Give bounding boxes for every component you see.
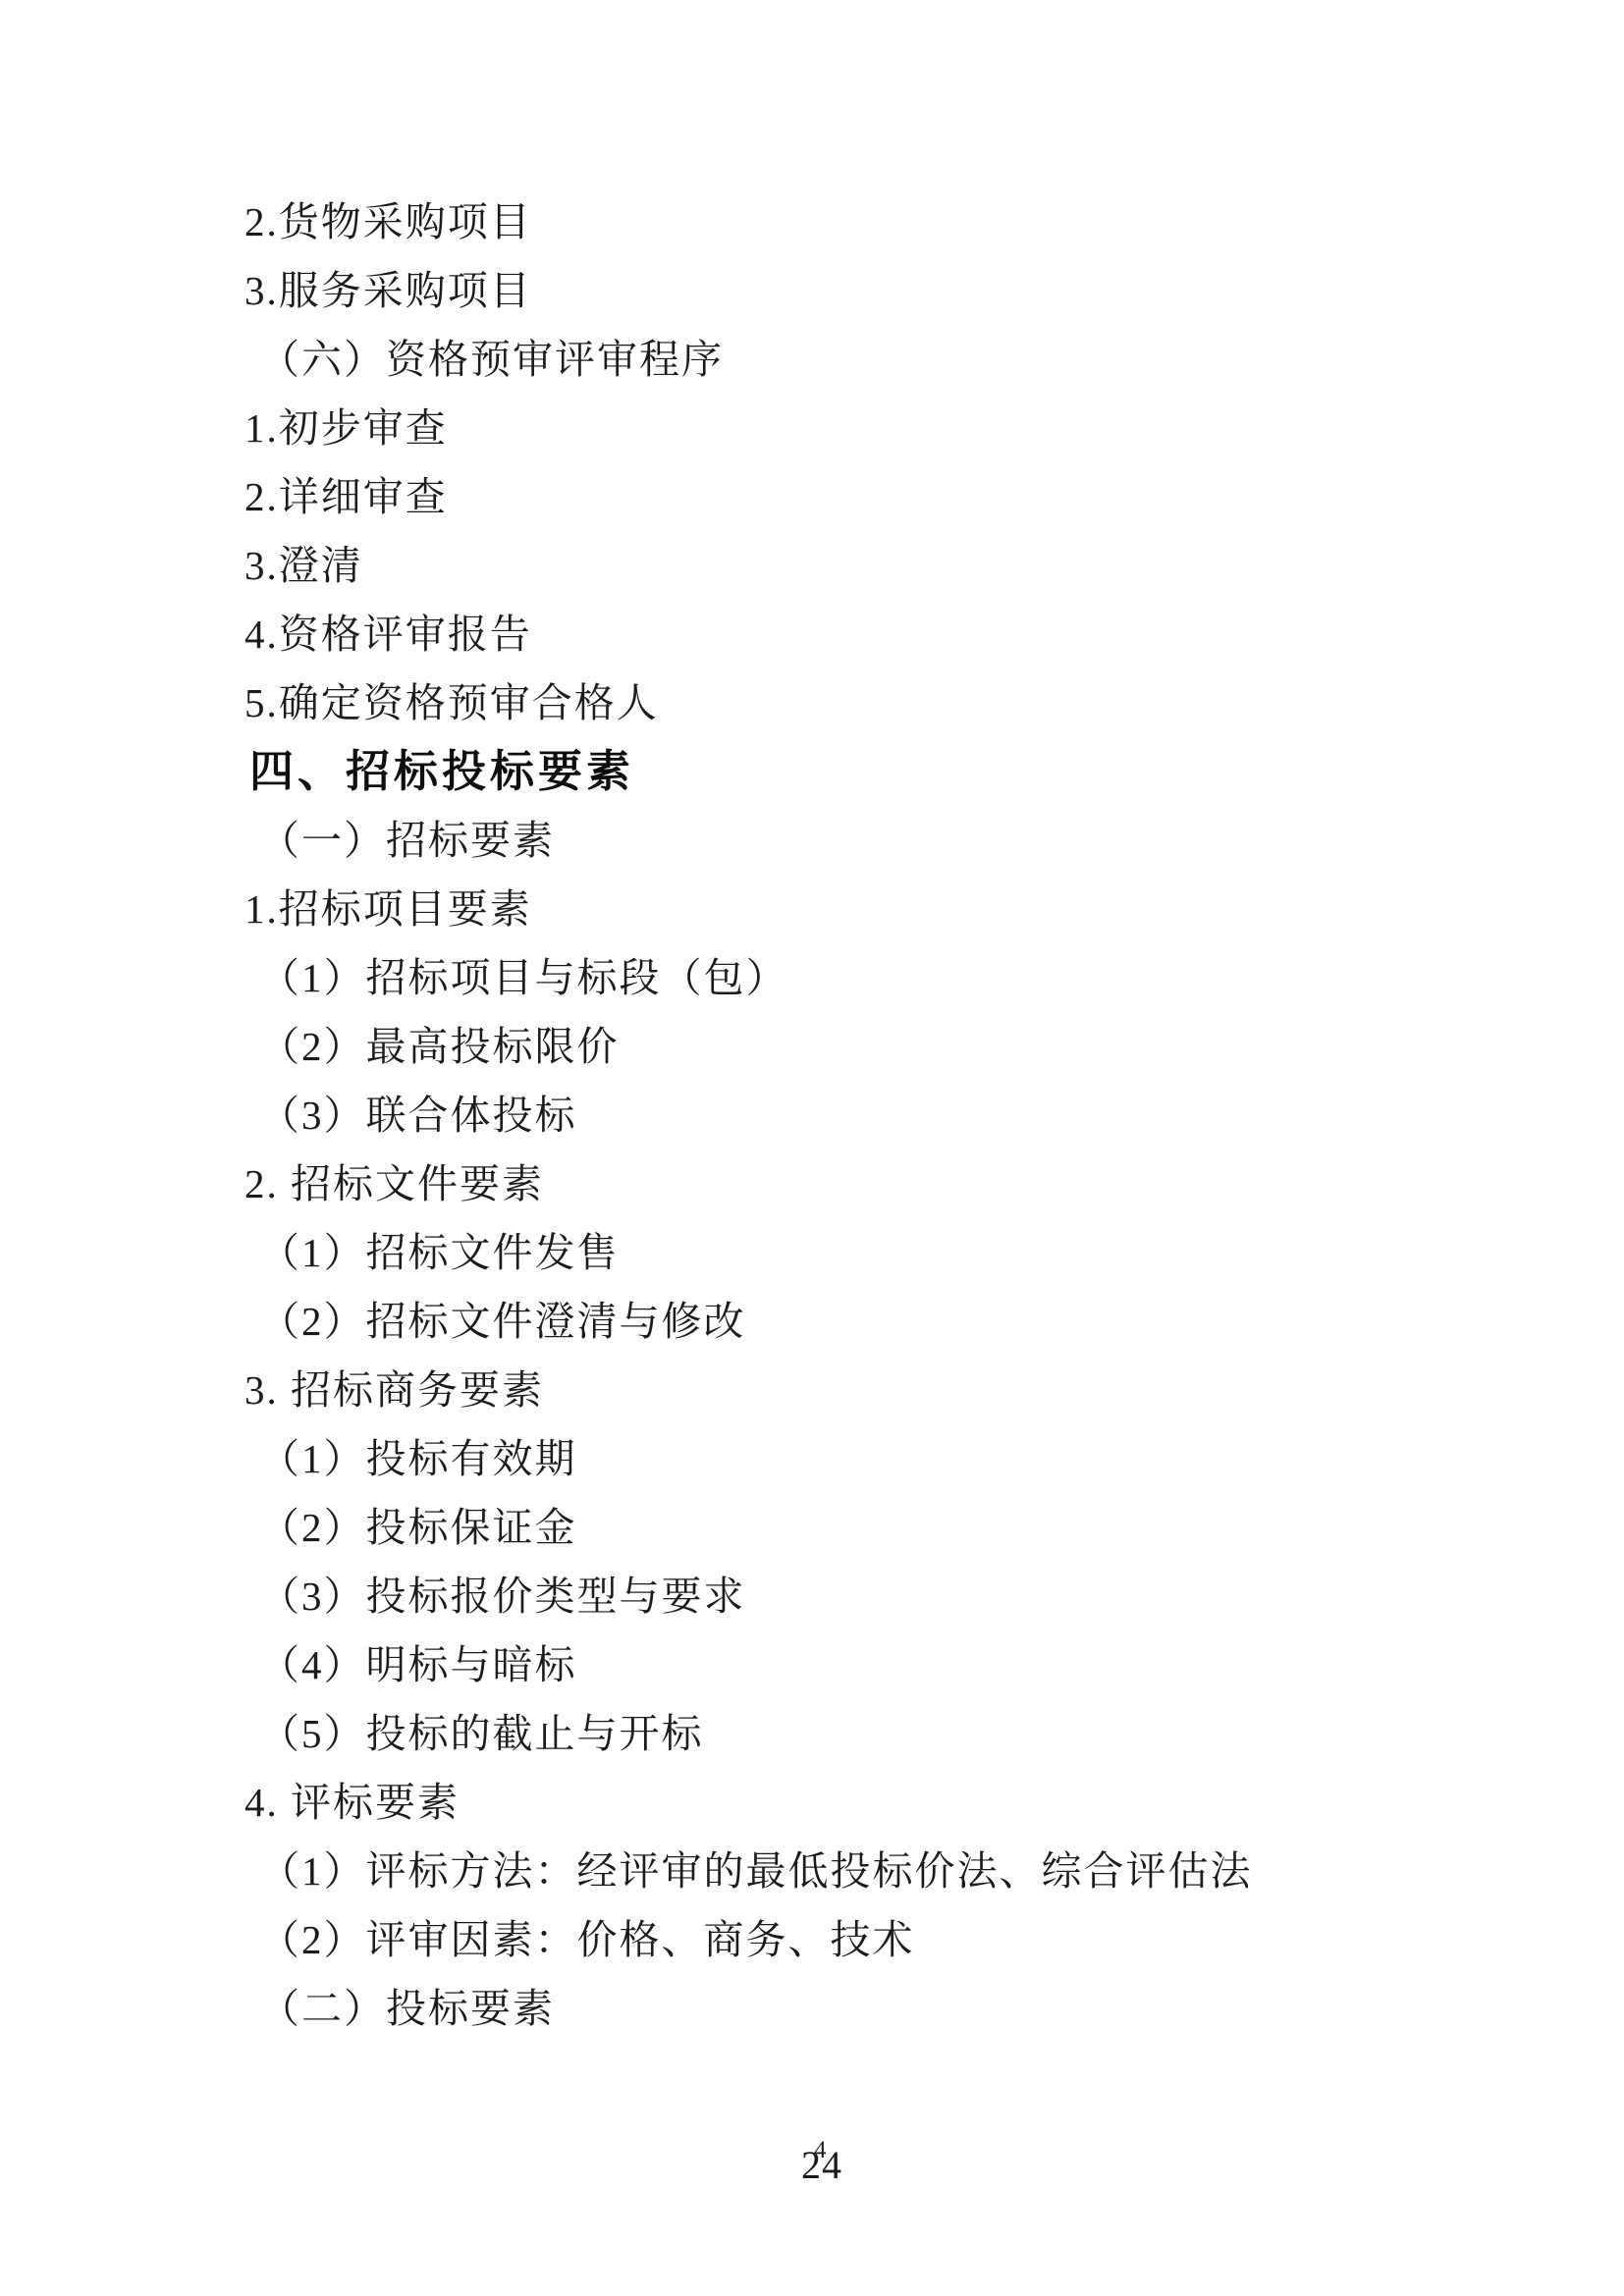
outline-item: （二）投标要素 [0,1974,1624,2043]
outline-item: （一）招标要素 [0,806,1624,875]
outline-item: 4.资格评审报告 [0,600,1624,668]
outline-item: （5）投标的截止与开标 [0,1699,1624,1768]
outline-item: 3. 招标商务要素 [0,1356,1624,1424]
section-heading: 四、招标投标要素 [0,737,1624,806]
outline-item: （3）投标报价类型与要求 [0,1562,1624,1630]
outline-item: 4. 评标要素 [0,1768,1624,1837]
outline-item: 1.招标项目要素 [0,875,1624,943]
outline-item: （1）招标项目与标段（包） [0,943,1624,1012]
outline-item: （1）投标有效期 [0,1424,1624,1493]
page-number: 24 [801,2146,842,2185]
outline-item: （2）招标文件澄清与修改 [0,1287,1624,1356]
outline-item: 5.确定资格预审合格人 [0,668,1624,737]
outline-item: （1）招标文件发售 [0,1218,1624,1287]
outline-item: （2）最高投标限价 [0,1012,1624,1081]
outline-item: 2.货物采购项目 [0,187,1624,256]
outline-item: （4）明标与暗标 [0,1630,1624,1699]
outline-item: 2. 招标文件要素 [0,1149,1624,1218]
outline-item: 1.初步审查 [0,394,1624,462]
outline-item: 3.服务采购项目 [0,256,1624,325]
page-footer: 4 24 [0,2138,1624,2197]
outline-content: 2.货物采购项目 3.服务采购项目 （六）资格预审评审程序 1.初步审查 2.详… [0,187,1624,2043]
outline-item: （2）评审因素：价格、商务、技术 [0,1905,1624,1974]
outline-item: （2）投标保证金 [0,1493,1624,1562]
outline-item: 3.澄清 [0,531,1624,600]
document-page: 2.货物采购项目 3.服务采购项目 （六）资格预审评审程序 1.初步审查 2.详… [0,0,1624,2296]
outline-item: 2.详细审查 [0,462,1624,531]
outline-item: （3）联合体投标 [0,1081,1624,1149]
outline-item: （六）资格预审评审程序 [0,325,1624,394]
outline-item: （1）评标方法：经评审的最低投标价法、综合评估法 [0,1837,1624,1905]
